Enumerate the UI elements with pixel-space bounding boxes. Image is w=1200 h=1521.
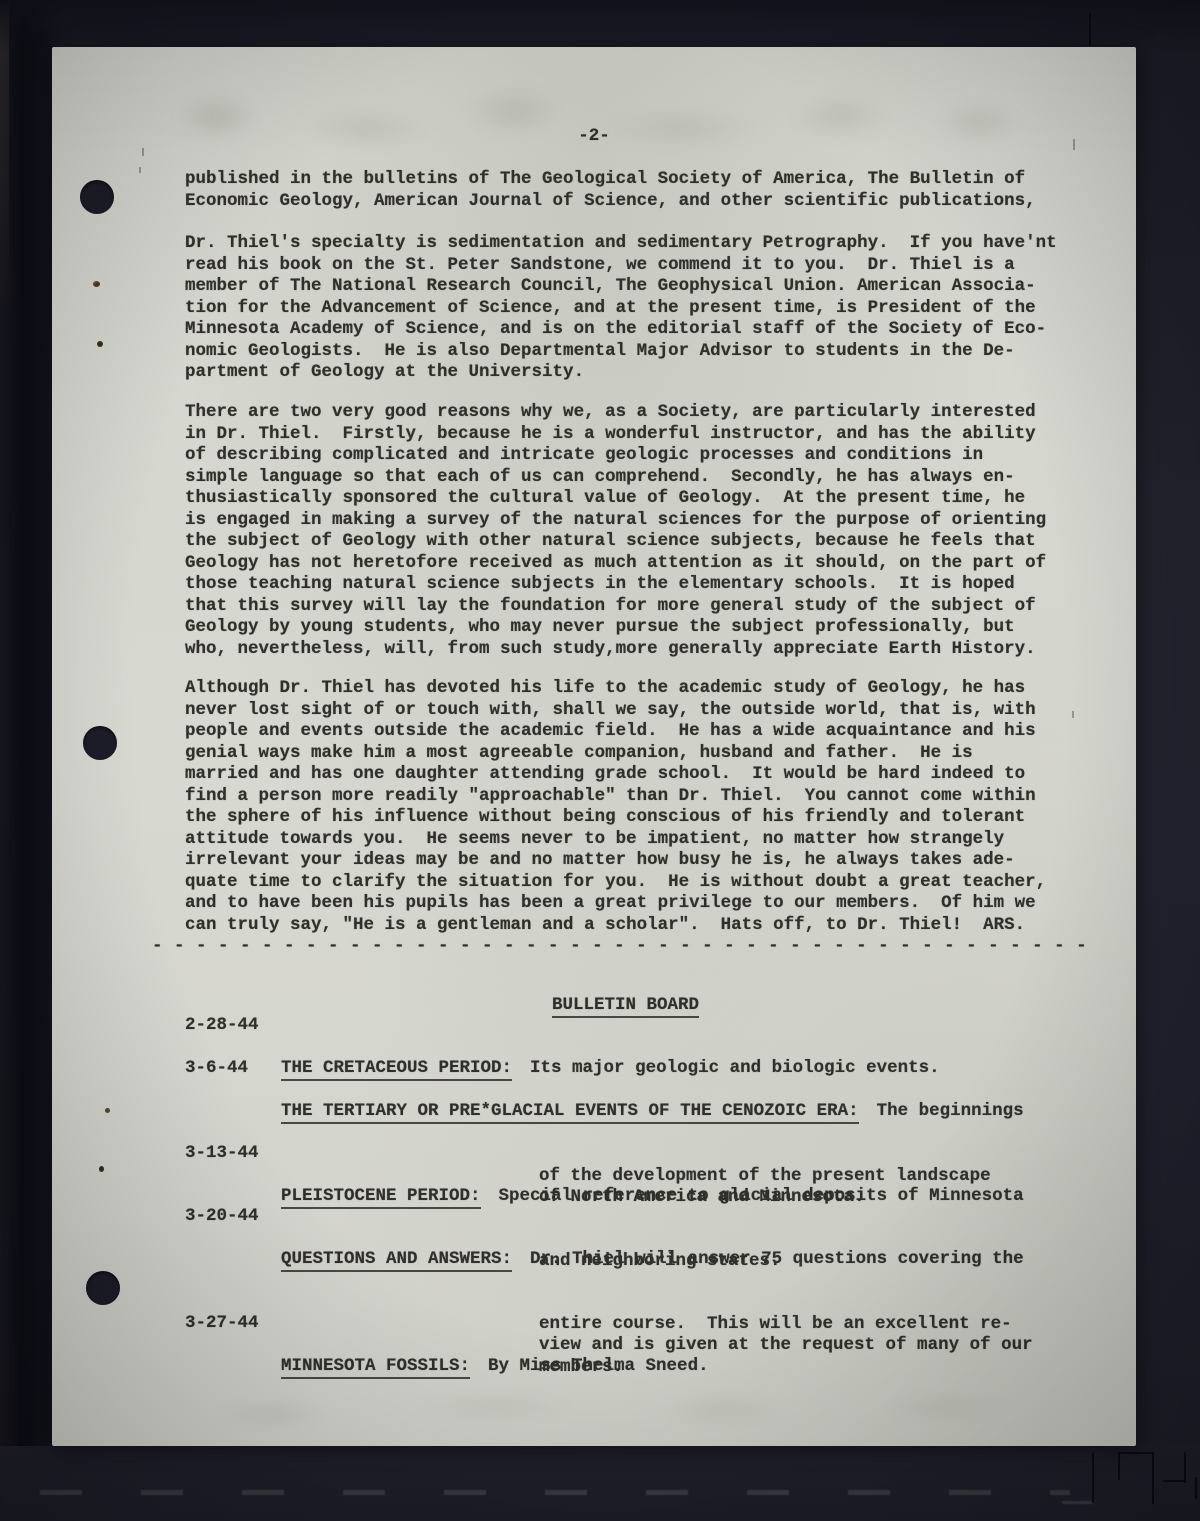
- paragraph-4: Although Dr. Thiel has devoted his life …: [185, 678, 1046, 936]
- separator-line: - - - - - - - - - - - - - - - - - - - - …: [152, 936, 1087, 958]
- entry-description: The beginnings: [877, 1101, 1024, 1121]
- hole-punch-bottom: [86, 1271, 120, 1305]
- ink-speck: [93, 281, 100, 287]
- entry-body: MINNESOTA FOSSILS:By Miss Thelma Sneed.: [281, 1313, 709, 1421]
- bulletin-entry: 3-27-44 MINNESOTA FOSSILS:By Miss Thelma…: [185, 1313, 709, 1421]
- entry-description: Dr. Thiel will answer 75 questions cover…: [530, 1249, 1024, 1269]
- entry-date: 3-6-44: [185, 1058, 281, 1080]
- paragraph-3: There are two very good reasons why we, …: [185, 402, 1046, 660]
- ink-speck: [105, 1108, 110, 1113]
- stray-mark: [139, 167, 141, 173]
- stray-mark: [1072, 711, 1074, 718]
- page-number: -2-: [52, 126, 1136, 148]
- entry-title: MINNESOTA FOSSILS:: [281, 1356, 470, 1379]
- registration-mark: [1195, 1477, 1197, 1499]
- entry-description: Special reference to glacial deposits of…: [499, 1186, 1024, 1206]
- registration-mark: [1118, 1452, 1154, 1454]
- registration-mark: [1184, 1452, 1186, 1483]
- registration-mark: [1163, 1480, 1185, 1482]
- registration-mark: [1092, 1453, 1094, 1503]
- paragraph-1: published in the bulletins of The Geolog…: [185, 169, 1036, 212]
- entry-date: 3-20-44: [185, 1206, 281, 1228]
- entry-title: THE TERTIARY OR PRE*GLACIAL EVENTS OF TH…: [281, 1101, 859, 1124]
- bottom-shadow: [0, 1446, 1200, 1521]
- film-edge-streak: [1062, 1501, 1094, 1504]
- page-background: -2- published in the bulletins of The Ge…: [0, 0, 1200, 1521]
- ink-speck: [97, 341, 103, 347]
- hole-punch-top: [80, 180, 114, 214]
- entry-description: By Miss Thelma Sneed.: [488, 1356, 709, 1376]
- top-shadow: [0, 0, 1200, 52]
- entry-date: 3-13-44: [185, 1143, 281, 1165]
- entry-date: 3-27-44: [185, 1313, 281, 1335]
- scratch-mark: [1089, 13, 1091, 46]
- registration-mark: [1118, 1452, 1120, 1480]
- registration-mark: [1152, 1452, 1154, 1504]
- document-paper: -2- published in the bulletins of The Ge…: [52, 47, 1136, 1446]
- entry-title: QUESTIONS AND ANSWERS:: [281, 1249, 512, 1272]
- ink-speck: [99, 1166, 104, 1172]
- bleedthrough-ghost-top: [142, 65, 1072, 180]
- film-edge-dashes: [40, 1490, 1070, 1495]
- hole-punch-middle: [83, 726, 117, 760]
- stray-mark: [142, 148, 144, 156]
- entry-date: 2-28-44: [185, 1015, 281, 1037]
- paragraph-2: Dr. Thiel's specialty is sedimentation a…: [185, 233, 1057, 384]
